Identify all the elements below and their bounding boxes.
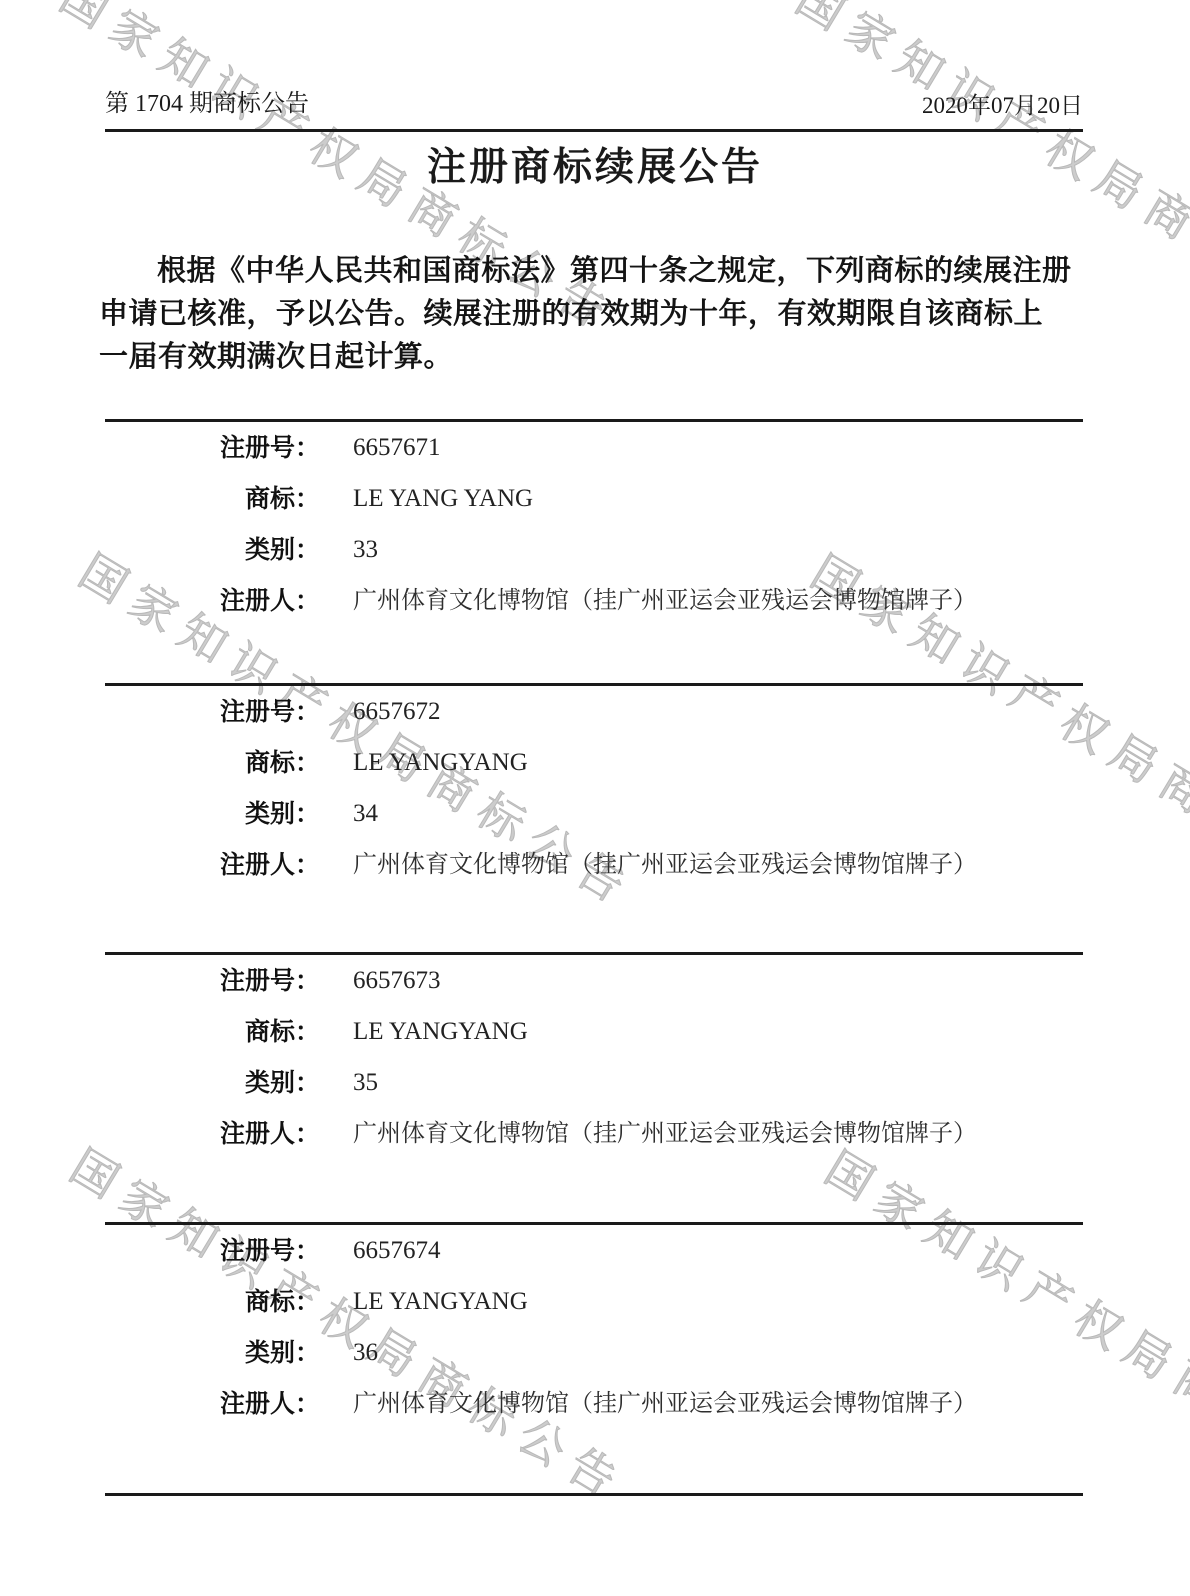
- reg-no-label: 注册号：: [105, 433, 320, 463]
- trademark-label: 商标：: [105, 1017, 320, 1047]
- registrant-label: 注册人：: [105, 850, 320, 880]
- trademark-label: 商标：: [105, 484, 320, 514]
- registrant-value: 广州体育文化博物馆（挂广州亚运会亚残运会博物馆牌子）: [353, 586, 977, 616]
- trademark-value: LE YANG YANG: [353, 484, 533, 514]
- reg-no-value: 6657672: [353, 697, 441, 727]
- category-value: 36: [353, 1338, 378, 1368]
- reg-no-label: 注册号：: [105, 1236, 320, 1266]
- trademark-record: 注册号： 6657671 商标： LE YANG YANG 类别： 33 注册人…: [0, 419, 1190, 683]
- category-value: 33: [353, 535, 378, 565]
- reg-no-label: 注册号：: [105, 966, 320, 996]
- registrant-label: 注册人：: [105, 586, 320, 616]
- intro-line: 一届有效期满次日起计算。: [99, 336, 1084, 379]
- reg-no-value: 6657671: [353, 433, 441, 463]
- trademark-value: LE YANGYANG: [353, 748, 528, 778]
- reg-no-value: 6657674: [353, 1236, 441, 1266]
- category-label: 类别：: [105, 799, 320, 829]
- record-divider: [105, 952, 1083, 955]
- category-value: 34: [353, 799, 378, 829]
- record-divider: [105, 419, 1083, 422]
- record-divider: [105, 1222, 1083, 1225]
- intro-paragraph: 根据《中华人民共和国商标法》第四十条之规定，下列商标的续展注册 申请已核准，予以…: [99, 250, 1084, 379]
- registrant-label: 注册人：: [105, 1119, 320, 1149]
- intro-line: 申请已核准，予以公告。续展注册的有效期为十年，有效期限自该商标上: [99, 293, 1084, 336]
- record-divider: [105, 683, 1083, 686]
- trademark-value: LE YANGYANG: [353, 1017, 528, 1047]
- intro-line: 根据《中华人民共和国商标法》第四十条之规定，下列商标的续展注册: [99, 250, 1084, 293]
- trademark-record: 注册号： 6657673 商标： LE YANGYANG 类别： 35 注册人：…: [0, 952, 1190, 1216]
- gazette-issue-number: 第 1704 期商标公告: [105, 90, 309, 118]
- category-label: 类别：: [105, 535, 320, 565]
- reg-no-label: 注册号：: [105, 697, 320, 727]
- registrant-value: 广州体育文化博物馆（挂广州亚运会亚残运会博物馆牌子）: [353, 1389, 977, 1419]
- gazette-date: 2020年07月20日: [922, 92, 1083, 120]
- closing-rule: [105, 1493, 1083, 1496]
- header-rule: [105, 129, 1083, 132]
- category-label: 类别：: [105, 1338, 320, 1368]
- reg-no-value: 6657673: [353, 966, 441, 996]
- page-title: 注册商标续展公告: [0, 143, 1190, 193]
- trademark-label: 商标：: [105, 1287, 320, 1317]
- trademark-label: 商标：: [105, 748, 320, 778]
- gazette-page: 国家知识产权局商标公告 国家知识产权局商标公告 国家知识产权局商标公告 国家知识…: [0, 0, 1190, 1596]
- registrant-label: 注册人：: [105, 1389, 320, 1419]
- registrant-value: 广州体育文化博物馆（挂广州亚运会亚残运会博物馆牌子）: [353, 850, 977, 880]
- category-value: 35: [353, 1068, 378, 1098]
- registrant-value: 广州体育文化博物馆（挂广州亚运会亚残运会博物馆牌子）: [353, 1119, 977, 1149]
- trademark-record: 注册号： 6657674 商标： LE YANGYANG 类别： 36 注册人：…: [0, 1222, 1190, 1486]
- trademark-value: LE YANGYANG: [353, 1287, 528, 1317]
- trademark-record: 注册号： 6657672 商标： LE YANGYANG 类别： 34 注册人：…: [0, 683, 1190, 947]
- category-label: 类别：: [105, 1068, 320, 1098]
